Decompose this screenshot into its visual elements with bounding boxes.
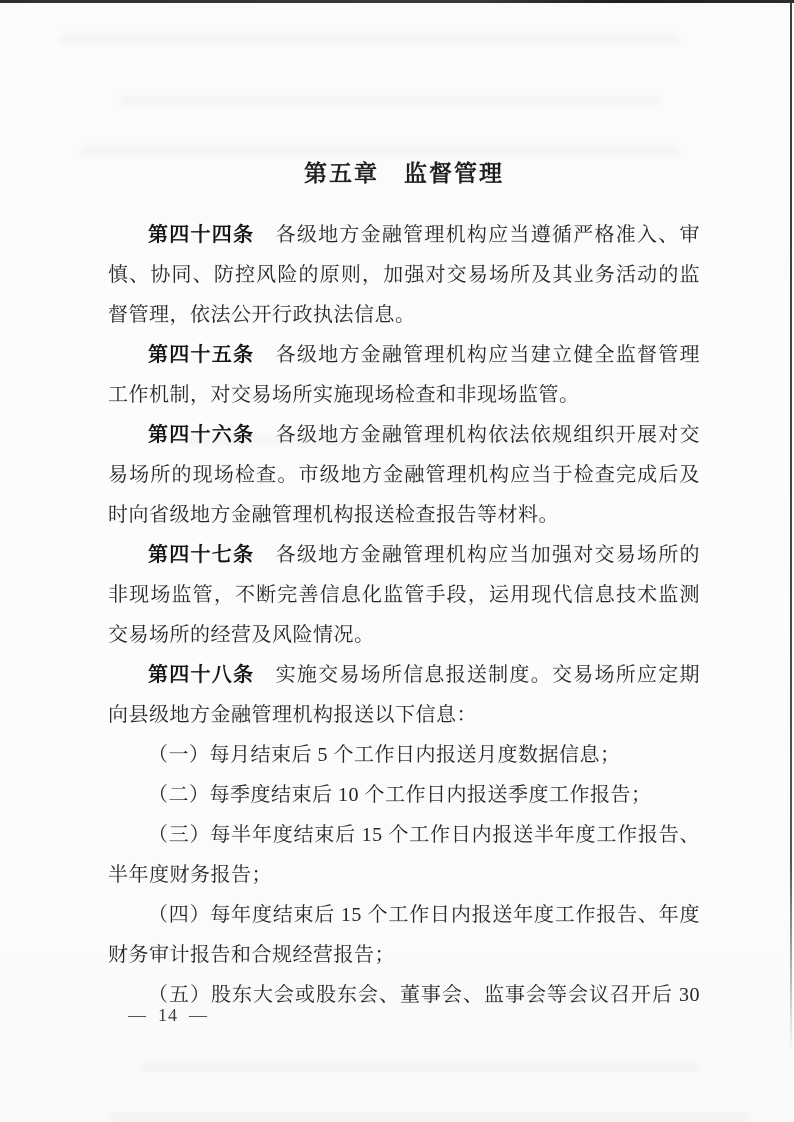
- text-segment: 易场所的现场检查。市级地方金融管理机构应当于检查完成后及: [108, 464, 700, 486]
- text-segment: 财务审计报告和合规经营报告；: [108, 944, 395, 966]
- text-segment: 各级地方金融管理机构应当建立健全监督管理: [254, 344, 700, 366]
- bleedthrough-artifact: [60, 34, 680, 44]
- text-line: 第四十七条 各级地方金融管理机构应当加强对交易场所的: [108, 535, 700, 575]
- text-line: （四）每年度结束后 15 个工作日内报送年度工作报告、年度: [108, 895, 700, 935]
- text-segment: 交易场所的经营及风险情况。: [108, 624, 375, 646]
- text-segment: 各级地方金融管理机构依法依规组织开展对交: [254, 424, 700, 446]
- text-line: 易场所的现场检查。市级地方金融管理机构应当于检查完成后及: [108, 455, 700, 495]
- text-segment: 向县级地方金融管理机构报送以下信息：: [108, 704, 477, 726]
- text-segment: 半年度财务报告；: [108, 864, 272, 886]
- document-body: 第四十四条 各级地方金融管理机构应当遵循严格准入、审慎、协同、防控风险的原则，加…: [108, 215, 700, 1015]
- text-segment: （四）每年度结束后 15 个工作日内报送年度工作报告、年度: [148, 904, 700, 926]
- text-line: 非现场监管，不断完善信息化监管手段，运用现代信息技术监测: [108, 575, 700, 615]
- scan-edge-right: [790, 2, 792, 1052]
- text-line: （一）每月结束后 5 个工作日内报送月度数据信息；: [108, 735, 700, 775]
- text-segment: （三）每半年度结束后 15 个工作日内报送半年度工作报告、: [148, 824, 700, 846]
- text-segment: 各级地方金融管理机构应当遵循严格准入、审: [254, 224, 700, 246]
- text-line: 督管理，依法公开行政执法信息。: [108, 295, 700, 335]
- text-line: （二）每季度结束后 10 个工作日内报送季度工作报告；: [108, 775, 700, 815]
- text-line: 时向省级地方金融管理机构报送检查报告等材料。: [108, 495, 700, 535]
- text-segment: （二）每季度结束后 10 个工作日内报送季度工作报告；: [148, 784, 652, 806]
- scanned-document-page: 第五章 监督管理 第四十四条 各级地方金融管理机构应当遵循严格准入、审慎、协同、…: [0, 0, 794, 1122]
- text-segment: 各级地方金融管理机构应当加强对交易场所的: [254, 544, 700, 566]
- text-segment: 工作机制，对交易场所实施现场检查和非现场监管。: [108, 384, 580, 406]
- chapter-title: 第五章 监督管理: [108, 153, 700, 195]
- article-number: 第四十七条: [148, 544, 254, 566]
- text-line: 第四十四条 各级地方金融管理机构应当遵循严格准入、审: [108, 215, 700, 255]
- page-number: — 14 —: [128, 1000, 208, 1030]
- text-line: 半年度财务报告；: [108, 855, 700, 895]
- text-line: 交易场所的经营及风险情况。: [108, 615, 700, 655]
- scan-edge-top: [0, 0, 794, 3]
- bleedthrough-artifact: [140, 1062, 700, 1072]
- article-number: 第四十八条: [148, 664, 254, 686]
- text-segment: 督管理，依法公开行政执法信息。: [108, 304, 416, 326]
- bleedthrough-artifact: [120, 96, 660, 106]
- article-number: 第四十六条: [148, 424, 254, 446]
- article-number: 第四十四条: [148, 224, 254, 246]
- article-number: 第四十五条: [148, 344, 254, 366]
- text-line: 第四十六条 各级地方金融管理机构依法依规组织开展对交: [108, 415, 700, 455]
- text-line: 工作机制，对交易场所实施现场检查和非现场监管。: [108, 375, 700, 415]
- text-line: 第四十五条 各级地方金融管理机构应当建立健全监督管理: [108, 335, 700, 375]
- text-line: 慎、协同、防控风险的原则，加强对交易场所及其业务活动的监: [108, 255, 700, 295]
- bleedthrough-artifact: [110, 1112, 750, 1122]
- text-line: 财务审计报告和合规经营报告；: [108, 935, 700, 975]
- text-segment: 非现场监管，不断完善信息化监管手段，运用现代信息技术监测: [108, 584, 700, 606]
- text-segment: 实施交易场所信息报送制度。交易场所应定期: [254, 664, 700, 686]
- text-line: （三）每半年度结束后 15 个工作日内报送半年度工作报告、: [108, 815, 700, 855]
- document-content: 第五章 监督管理 第四十四条 各级地方金融管理机构应当遵循严格准入、审慎、协同、…: [108, 153, 700, 1015]
- text-segment: （五）股东大会或股东会、董事会、监事会等会议召开后 30: [148, 984, 700, 1006]
- text-segment: 慎、协同、防控风险的原则，加强对交易场所及其业务活动的监: [108, 264, 700, 286]
- text-line: 向县级地方金融管理机构报送以下信息：: [108, 695, 700, 735]
- text-segment: 时向省级地方金融管理机构报送检查报告等材料。: [108, 504, 559, 526]
- text-segment: （一）每月结束后 5 个工作日内报送月度数据信息；: [148, 744, 621, 766]
- text-line: 第四十八条 实施交易场所信息报送制度。交易场所应定期: [108, 655, 700, 695]
